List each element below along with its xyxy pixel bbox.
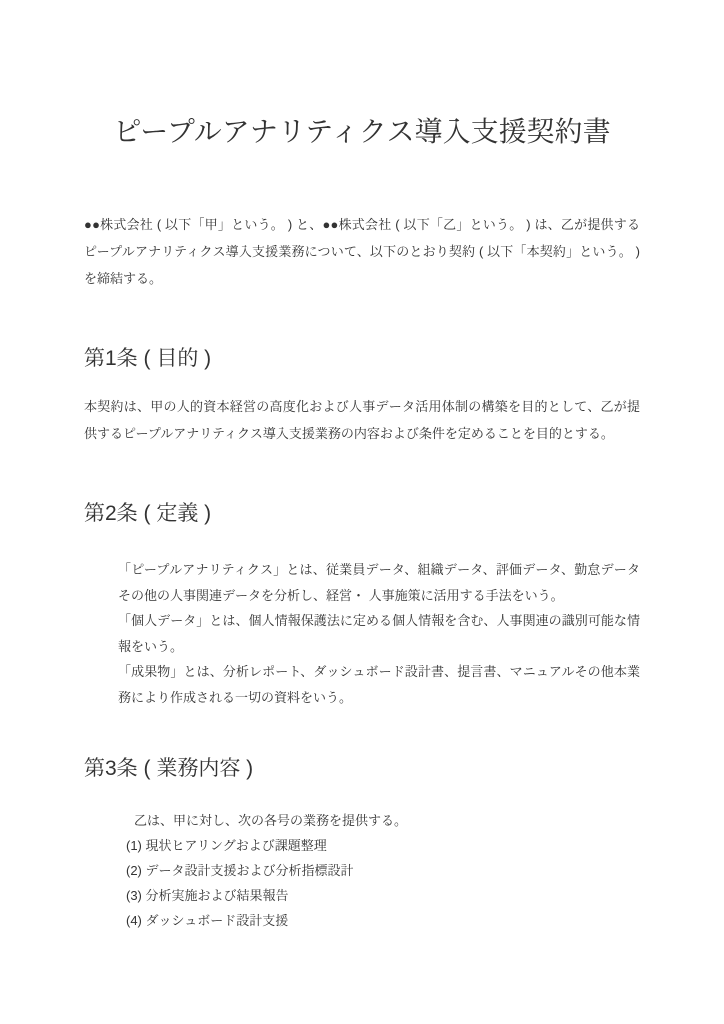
article-3-section: 第3条 ( 業務内容 ) 乙は、甲に対し、次の各号の業務を提供する。 (1) 現… [84,754,640,933]
intro-paragraph: ●●株式会社 ( 以下「甲」という。 ) と、●●株式会社 ( 以下「乙」という… [84,211,640,292]
service-item-3: (3) 分析実施および結果報告 [126,883,640,908]
article-1-heading: 第1条 ( 目的 ) [84,344,640,374]
article-1-section: 第1条 ( 目的 ) 本契約は、甲の人的資本経営の高度化および人事データ活用体制… [84,344,640,447]
definition-item-people-analytics: 「ピープルアナリティクス」とは、従業員データ、組織データ、評価データ、勤怠データ… [118,557,640,608]
definitions-list: 「ピープルアナリティクス」とは、従業員データ、組織データ、評価データ、勤怠データ… [84,557,640,710]
article-3-heading: 第3条 ( 業務内容 ) [84,754,640,784]
services-lead: 乙は、甲に対し、次の各号の業務を提供する。 [134,808,640,833]
contract-title: ピープルアナリティクス導入支援契約書 [84,112,640,152]
service-item-1: (1) 現状ヒアリングおよび課題整理 [126,833,640,858]
document-page: ピープルアナリティクス導入支援契約書 ●●株式会社 ( 以下「甲」という。 ) … [0,0,724,1024]
service-item-2: (2) データ設計支援および分析指標設計 [126,858,640,883]
definition-item-deliverables: 「成果物」とは、分析レポート、ダッシュボード設計書、提言書、マニュアルその他本業… [118,659,640,710]
article-1-body: 本契約は、甲の人的資本経営の高度化および人事データ活用体制の構築を目的として、乙… [84,393,640,447]
service-item-4: (4) ダッシュボード設計支援 [126,908,640,933]
definition-item-personal-data: 「個人データ」とは、個人情報保護法に定める個人情報を含む、人事関連の識別可能な情… [118,608,640,659]
article-2-heading: 第2条 ( 定義 ) [84,499,640,529]
article-2-section: 第2条 ( 定義 ) 「ピープルアナリティクス」とは、従業員データ、組織データ、… [84,499,640,710]
services-list: 乙は、甲に対し、次の各号の業務を提供する。 (1) 現状ヒアリングおよび課題整理… [84,808,640,933]
